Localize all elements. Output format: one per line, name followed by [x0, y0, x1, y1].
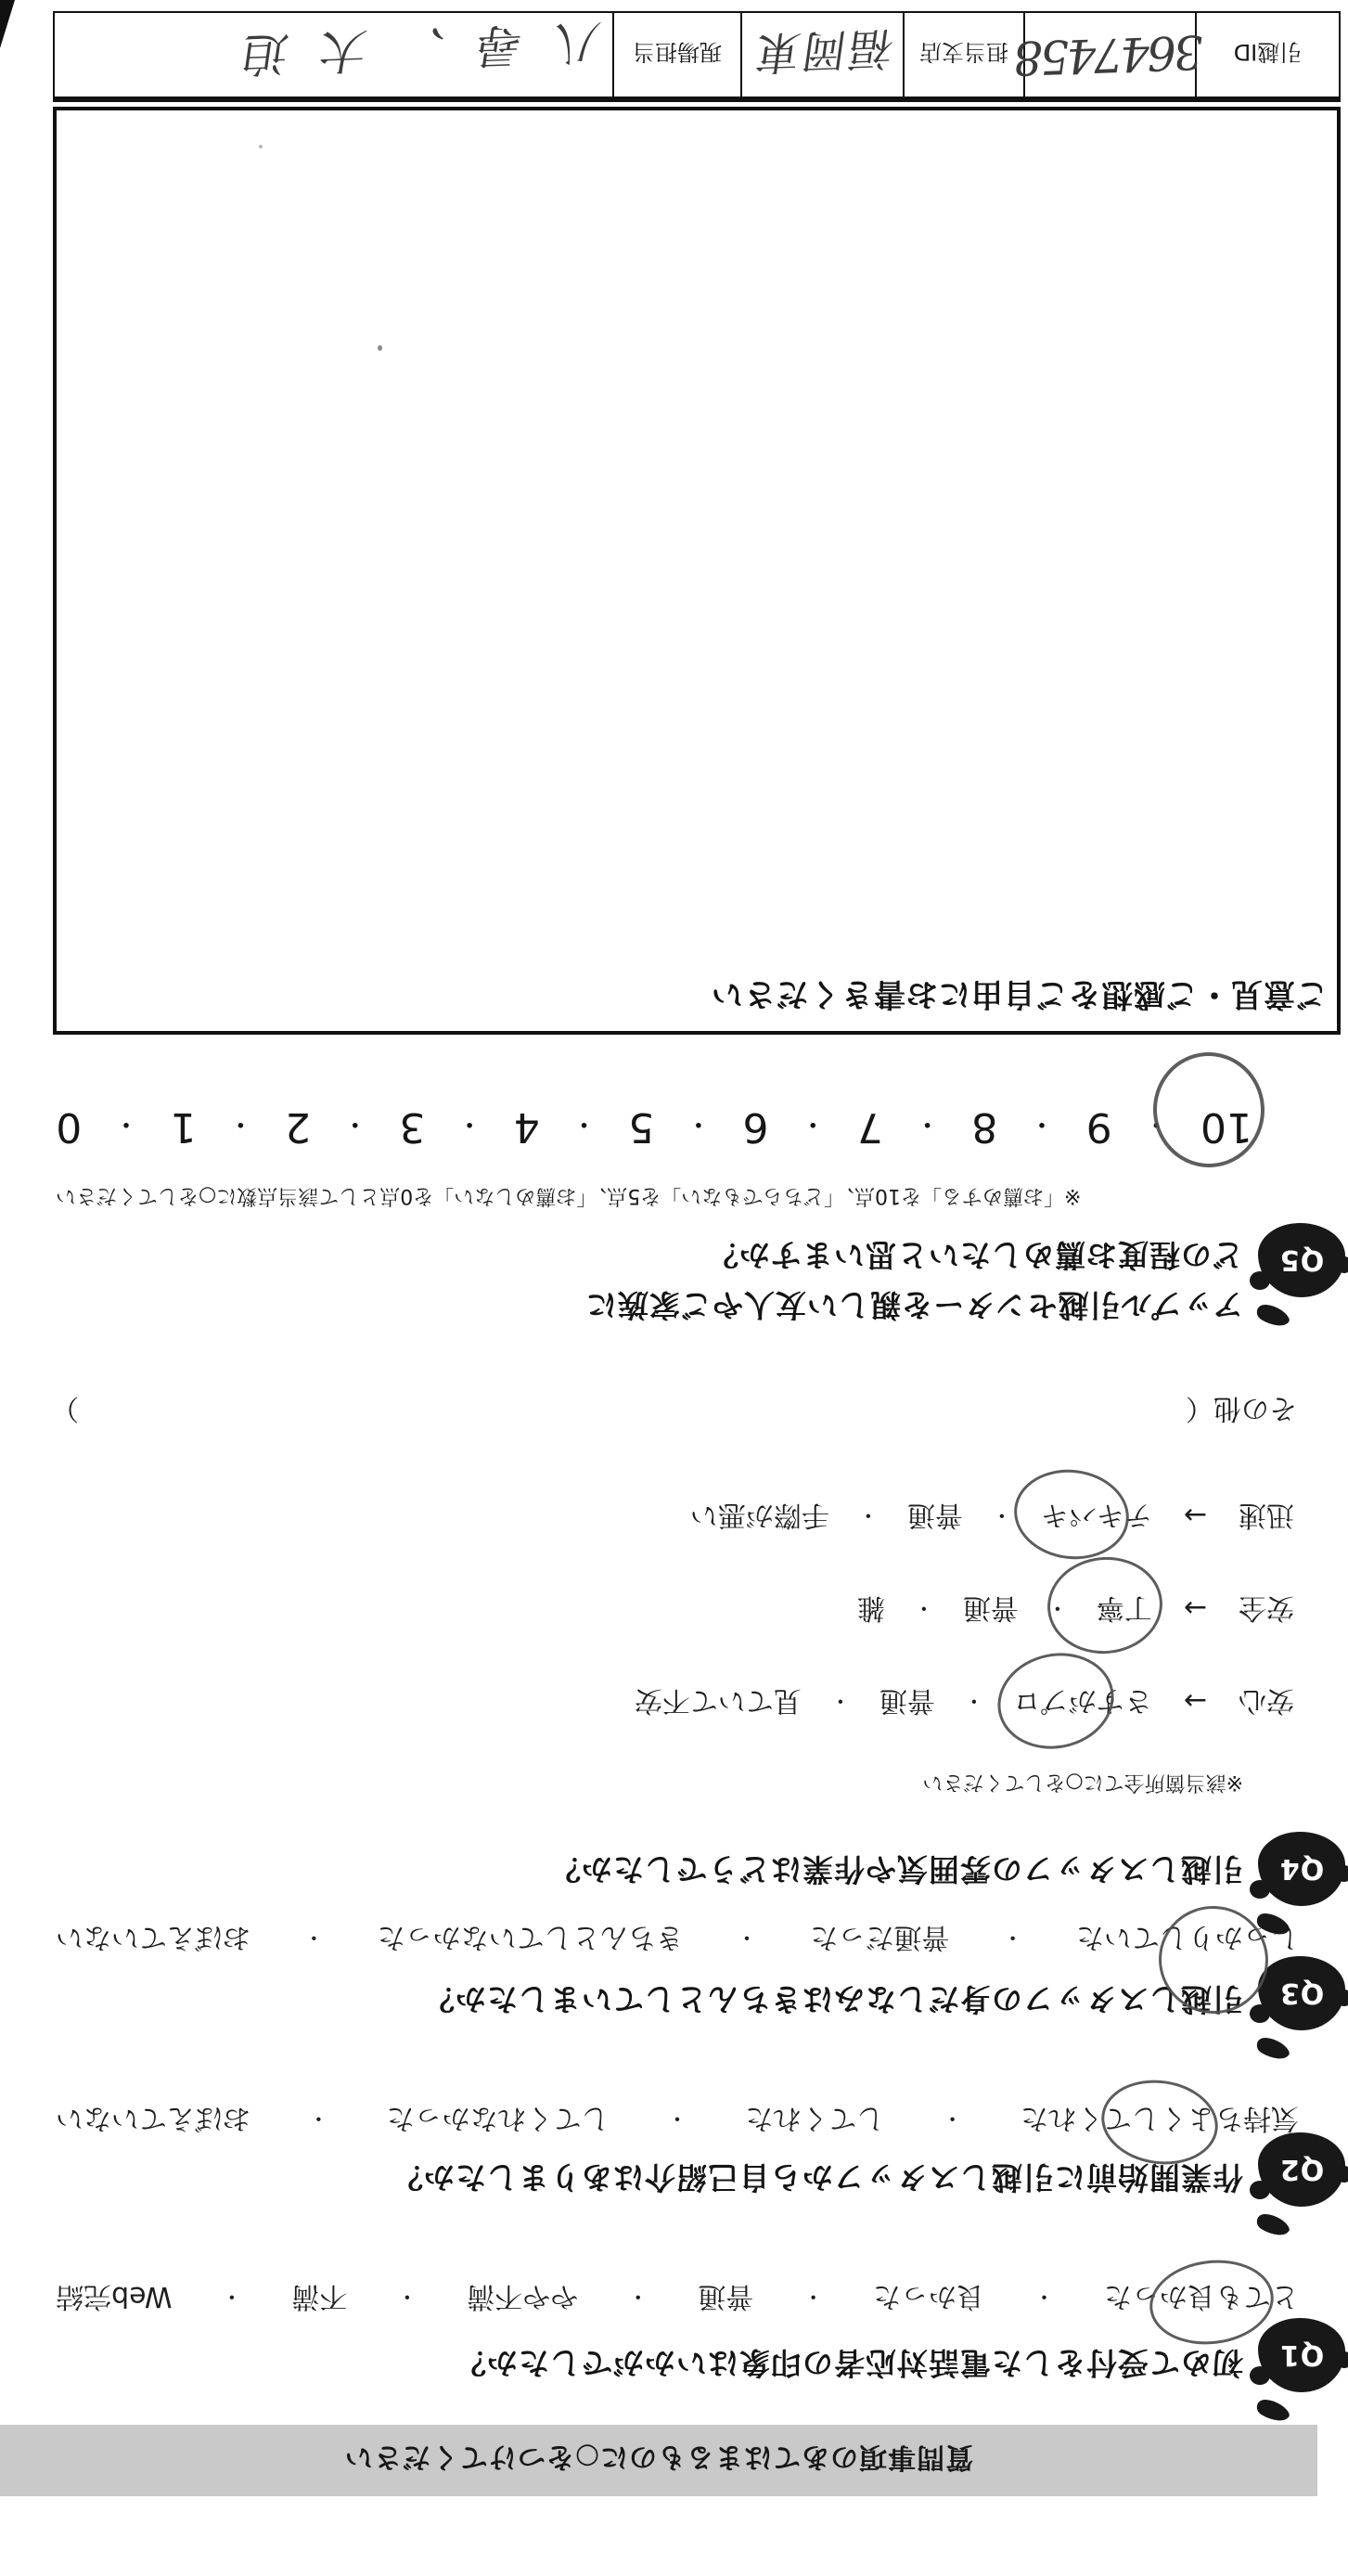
q4-other-row: その他（ ） — [51, 1391, 1297, 1432]
q1-options: とても良かった・良かった・普通・やや不満・不満・Web完結 — [56, 2279, 1299, 2320]
q4-anshin-pen-circle — [989, 1642, 1123, 1759]
q4-balloon-icon: Q4 — [1249, 1832, 1345, 1936]
handwritten-crew-names: 八尋、大迫 — [50, 11, 617, 97]
q3-badge: Q3 — [1279, 1977, 1324, 2010]
option-separator-dot: ・ — [627, 2284, 649, 2316]
option-separator-dot: ・ — [829, 1688, 852, 1720]
q3-options: しっかりしていた・普通だった・きちんとしていなかった・おぼえていない — [56, 1920, 1299, 1961]
q4-anzen-pen-circle — [1044, 1552, 1167, 1658]
option-separator-dot: ・ — [456, 1107, 483, 1148]
option-separator-dot: ・ — [942, 2106, 964, 2138]
option-separator-dot: ・ — [1033, 2284, 1056, 2316]
option-separator-dot: ・ — [341, 1107, 369, 1148]
survey-instruction-text: 質問事項のあてはまるものに○をつけてください — [344, 2441, 973, 2481]
option-item: Web完結 — [56, 2279, 172, 2320]
survey-instruction-bar: 質問事項のあてはまるものに○をつけてください — [0, 2425, 1317, 2496]
option-item: 1 — [171, 1103, 197, 1151]
option-item: 2 — [285, 1103, 311, 1151]
field-moving-id-label: 引越ID — [1195, 13, 1339, 97]
option-item: 7 — [857, 1103, 883, 1151]
q2-badge: Q2 — [1279, 2154, 1324, 2186]
q4-badge: Q4 — [1279, 1853, 1324, 1886]
option-separator-dot: ・ — [685, 1107, 713, 1148]
q4-row-anzen-arrow: → — [1184, 1591, 1207, 1624]
option-item: 9 — [1086, 1103, 1112, 1151]
q5-question-line2: どの程度お薦めしたいと思いますか？ — [707, 1235, 1243, 1279]
field-branch-label: 担当支店 — [903, 13, 1023, 97]
option-item: おぼえていない — [56, 1920, 250, 1961]
q5-nps-scale: 10・9・8・7・6・5・4・3・2・1・0 — [56, 1103, 1252, 1151]
q4-other-close-label: ） — [51, 1391, 79, 1432]
q2-balloon-icon: Q2 — [1249, 2132, 1345, 2236]
q1-badge: Q1 — [1279, 2339, 1324, 2372]
option-separator-dot: ・ — [570, 1107, 597, 1148]
option-item: 不満 — [291, 2279, 347, 2320]
option-separator-dot: ・ — [226, 1107, 254, 1148]
q2-question-text: 作業開始前に引越しスタッフから自己紹介はありましたか？ — [392, 2157, 1243, 2201]
q4-note-text: ※該当箇所全てに○をしてください — [922, 1770, 1243, 1798]
option-separator-dot: ・ — [666, 2106, 688, 2138]
q3-balloon-tail-icon — [1253, 2032, 1291, 2066]
option-separator-dot: ・ — [913, 1595, 935, 1628]
option-item: 普通 — [963, 1591, 1019, 1631]
option-item: 6 — [743, 1103, 769, 1151]
option-separator-dot: ・ — [112, 1107, 140, 1148]
q5-balloon-icon: Q5 — [1249, 1223, 1345, 1327]
field-branch-value: 福岡東 — [740, 13, 903, 97]
option-item: 見ていて不安 — [635, 1683, 802, 1724]
q5-balloon-tail-icon — [1253, 1299, 1291, 1333]
option-item: 3 — [399, 1103, 425, 1151]
option-item: やや不満 — [467, 2279, 578, 2320]
option-item: してくれなかった — [387, 2101, 610, 2142]
scan-edge-artifact — [0, 0, 15, 48]
q4-jinsoku-pen-circle — [1009, 1463, 1135, 1565]
scanned-survey-screenshot: { "form": { "title_bar": "質問事項のあてはまるものに○… — [0, 0, 1348, 2576]
option-item: 5 — [628, 1103, 654, 1151]
option-separator-dot: ・ — [799, 1107, 827, 1148]
option-item: 手際が悪い — [690, 1498, 829, 1539]
q4-row-jinsoku: 迅速 → テキパキ・普通・手際が悪い — [690, 1498, 1294, 1539]
option-item: 雑 — [857, 1591, 885, 1631]
q1-question-text: 初めて受付をした電話対応者の印象はいかがでしたか？ — [455, 2343, 1243, 2387]
option-item: 普通だった — [810, 1920, 949, 1961]
option-item: 良かった — [873, 2279, 984, 2320]
option-separator-dot: ・ — [857, 1502, 879, 1535]
q4-row-anshin-arrow: → — [1184, 1684, 1207, 1717]
option-item: きちんとしていなかった — [378, 1920, 684, 1961]
option-separator-dot: ・ — [1028, 1107, 1056, 1148]
option-separator-dot: ・ — [396, 2284, 418, 2316]
comment-box-label: ご意見・ご感想をご自由にお書きください — [711, 974, 1328, 1020]
handwritten-branch: 福岡東 — [749, 20, 897, 90]
option-item: 0 — [56, 1103, 82, 1151]
q4-row-jinsoku-arrow: → — [1184, 1499, 1207, 1531]
option-item: 普通 — [907, 1498, 963, 1539]
q5-pen-circle — [1149, 1049, 1268, 1171]
option-item: 普通 — [879, 1683, 935, 1724]
q4-row-anzen-label: 安全 — [1239, 1591, 1294, 1631]
option-item: 8 — [971, 1103, 997, 1151]
q5-note-text: ※「お薦めする」を10点、「どちらでもない」を5点、「お薦めしない」を0点として… — [56, 1183, 1243, 1212]
option-item: してくれた — [745, 2101, 884, 2142]
q1-balloon-icon: Q1 — [1249, 2318, 1345, 2422]
option-separator-dot: ・ — [307, 2106, 329, 2138]
q4-row-jinsoku-label: 迅速 — [1239, 1498, 1294, 1539]
comment-box: ご意見・ご感想をご自由にお書きください — [53, 107, 1341, 1035]
q4-row-anshin: 安心 → さすがプロ・普通・見ていて不安 — [635, 1683, 1294, 1724]
field-crew-label: 現場担当 — [612, 13, 740, 97]
q4-question-text: 引越しスタッフの雰囲気や作業はどうでしたか？ — [549, 1849, 1243, 1893]
scan-speck — [259, 145, 263, 148]
q3-question-text: 引越しスタッフの身だしなみはきちんとしていましたか？ — [423, 1979, 1243, 2023]
option-separator-dot: ・ — [302, 1925, 325, 1957]
option-item: 4 — [514, 1103, 540, 1151]
q4-row-anshin-label: 安心 — [1239, 1683, 1294, 1724]
option-separator-dot: ・ — [221, 2284, 243, 2316]
staff-info-table: 引越ID 3647458 担当支店 福岡東 現場担当 八尋、大迫 — [53, 11, 1341, 102]
handwritten-moving-id: 3647458 — [1013, 24, 1208, 84]
option-separator-dot: ・ — [963, 1688, 985, 1720]
survey-sheet-rotated-180: 質問事項のあてはまるものに○をつけてください Q1 初めて受付をした電話対応者の… — [0, 0, 1348, 2576]
option-separator-dot: ・ — [802, 2284, 825, 2316]
scan-speck — [378, 345, 382, 351]
q2-balloon-tail-icon — [1253, 2209, 1291, 2242]
option-separator-dot: ・ — [1002, 1925, 1024, 1957]
option-item: おぼえていない — [56, 2101, 250, 2142]
option-separator-dot: ・ — [736, 1925, 758, 1957]
option-separator-dot: ・ — [991, 1502, 1013, 1535]
q4-other-blank — [79, 1391, 1186, 1432]
q5-badge: Q5 — [1279, 1244, 1324, 1277]
field-crew-value: 八尋、大迫 — [55, 13, 612, 97]
q5-question-line1: アップル引越センターを親しい友人やご家族に — [585, 1285, 1243, 1329]
field-moving-id-value: 3647458 — [1023, 13, 1195, 97]
option-item: 普通 — [698, 2279, 753, 2320]
option-separator-dot: ・ — [914, 1107, 942, 1148]
q4-other-open-label: その他（ — [1186, 1391, 1297, 1432]
q1-balloon-tail-icon — [1253, 2394, 1291, 2428]
